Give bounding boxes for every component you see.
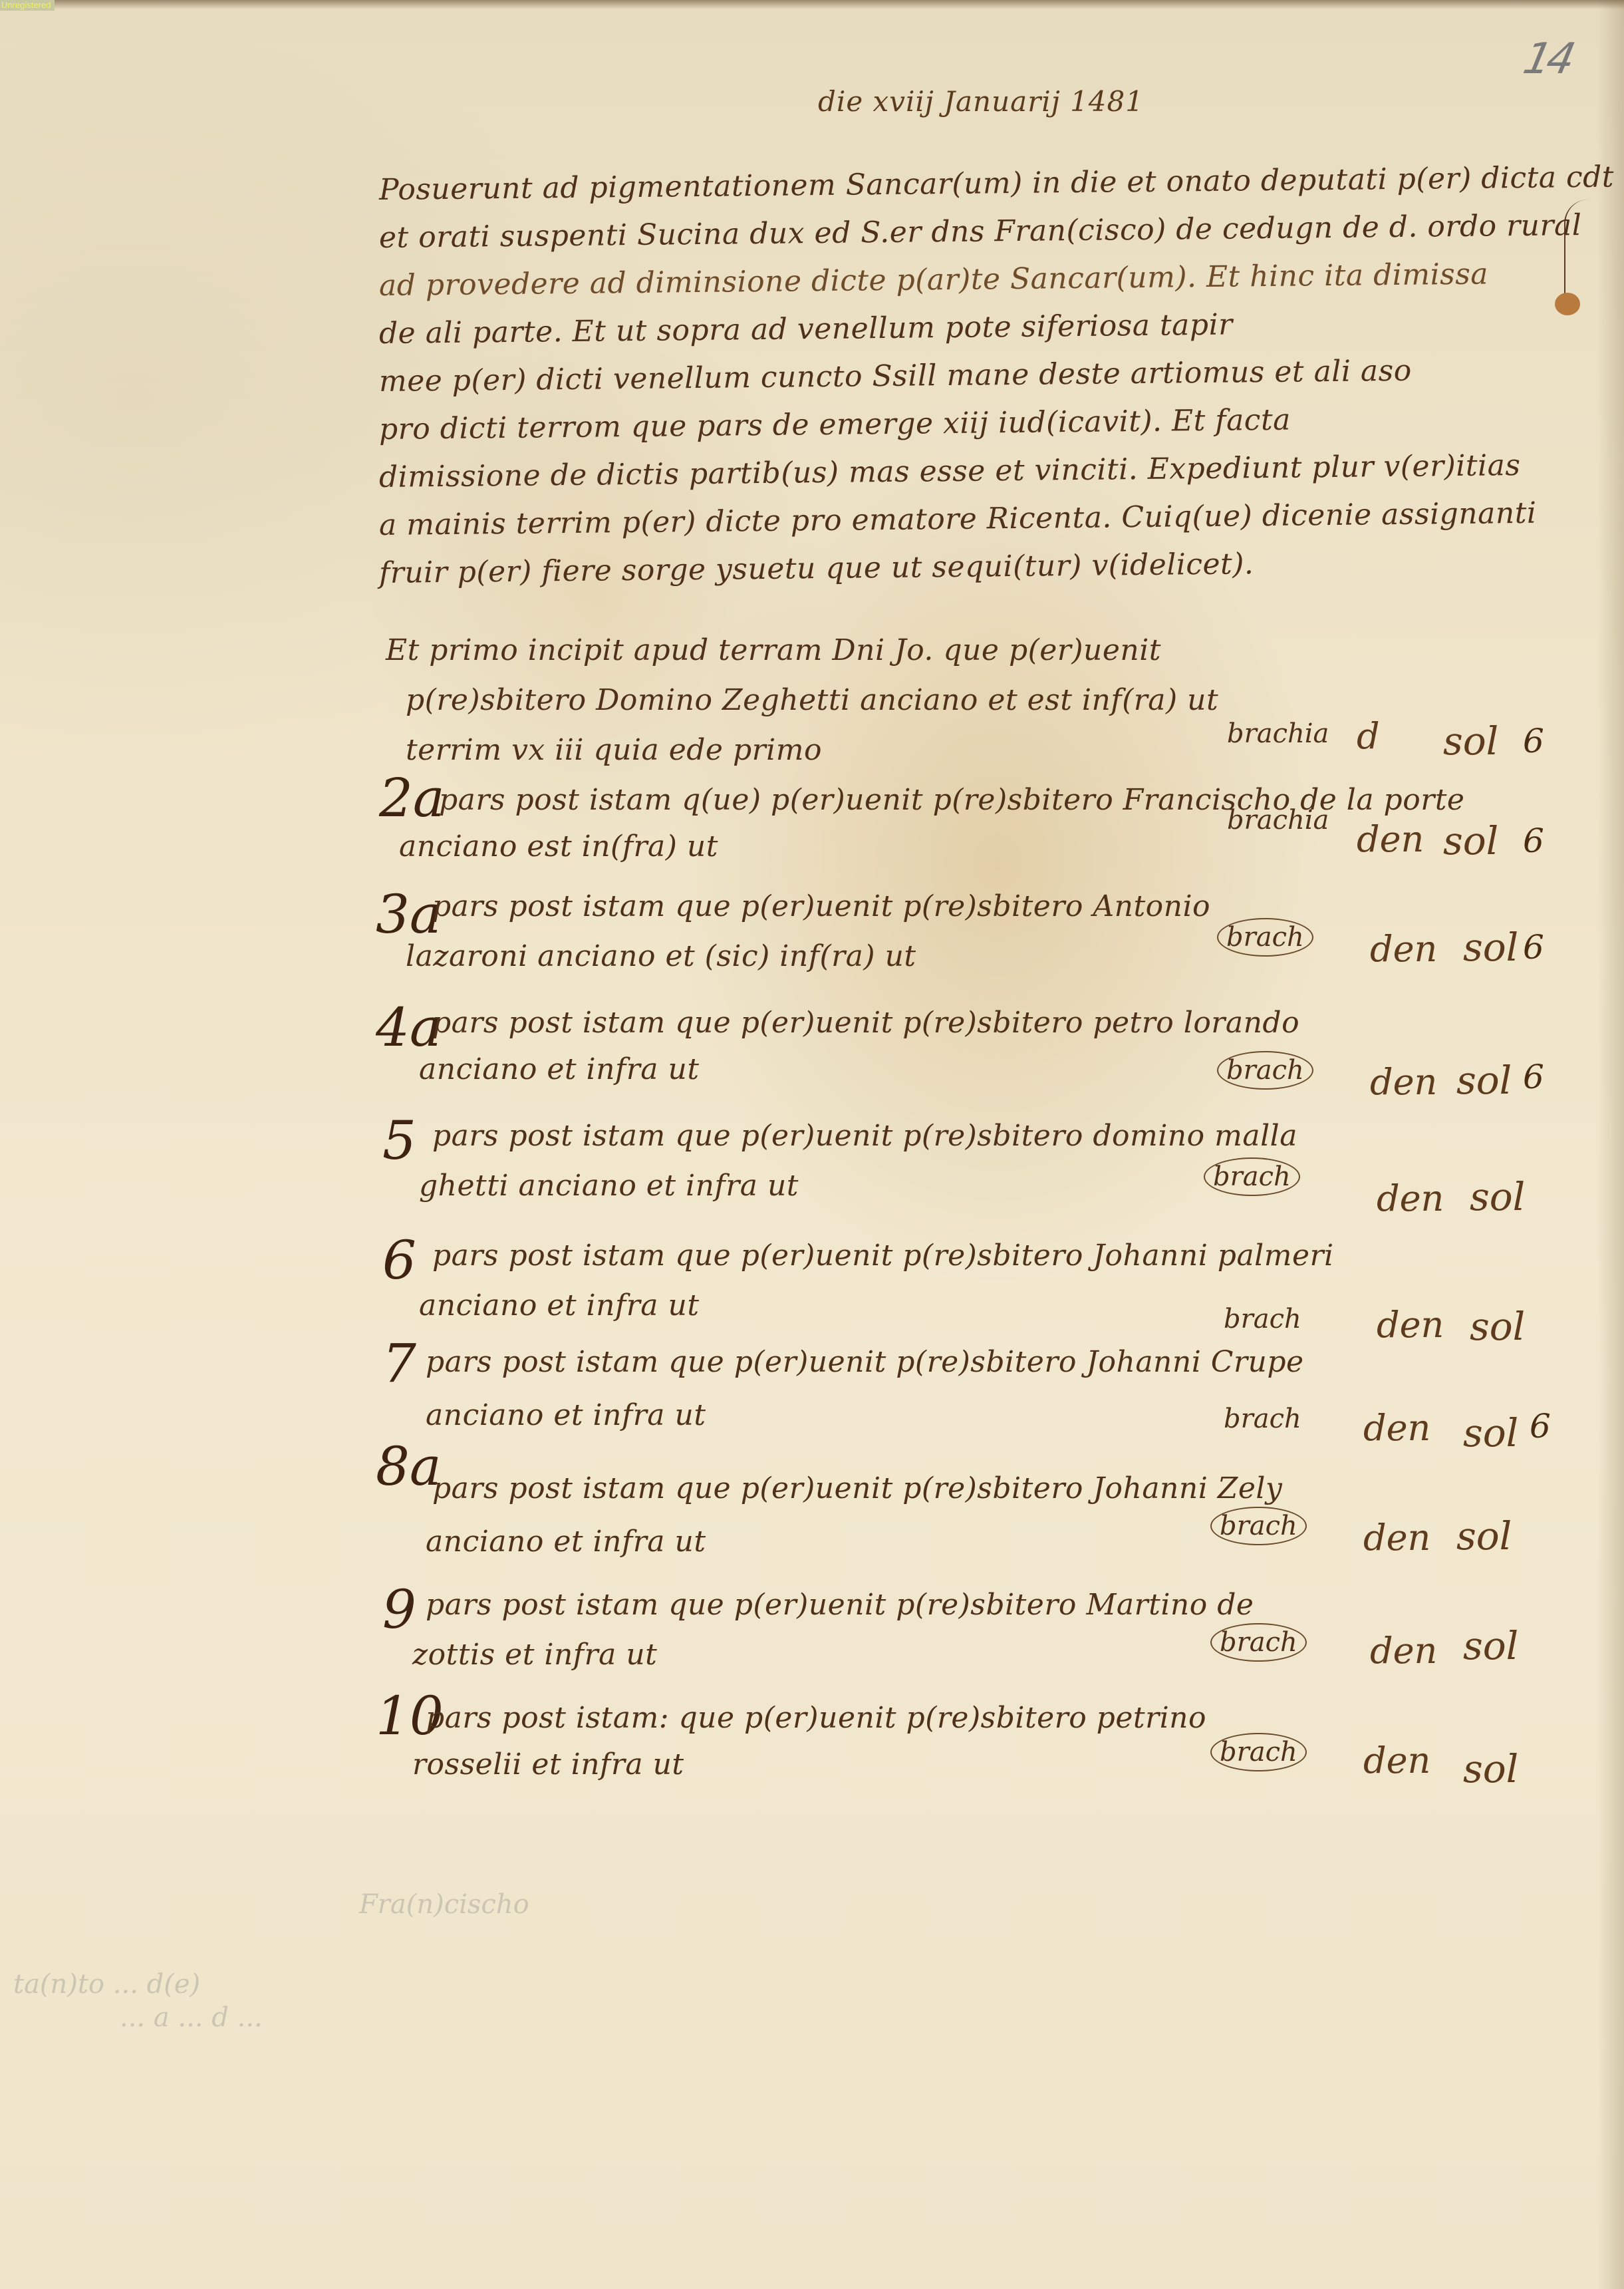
intro-paragraph: Posuerunt ad pigmentationem Sancar(um) i… (379, 166, 1536, 597)
entry-line: pars post istam: que p(er)uenit p(re)sbi… (426, 1700, 1206, 1737)
solidi-unit: sol (1463, 1410, 1518, 1455)
denarii-unit: den (1363, 1517, 1430, 1559)
entry-number: 9 (382, 1583, 416, 1636)
brachia-unit: brach (1224, 1304, 1301, 1334)
denarii-unit: den (1370, 1061, 1437, 1103)
brachia-unit: brach (1210, 1733, 1307, 1771)
page-right-edge (1597, 0, 1624, 2289)
solidi-unit: sol (1470, 1304, 1525, 1349)
folio-number: 14 (1519, 35, 1575, 84)
bleed-through-text: ... a ... d ... (120, 2002, 263, 2033)
entry-line: anciano est in(fra) ut (399, 828, 718, 865)
denarii-unit: den (1363, 1740, 1430, 1781)
entry-line: pars post istam que p(er)uenit p(re)sbit… (432, 1237, 1334, 1275)
denarii-unit: den (1357, 818, 1424, 860)
solidi-unit: sol (1463, 1623, 1518, 1668)
entry-line: Et primo incipit apud terram Dni Jo. que… (386, 632, 1161, 669)
entry-line: p(re)sbitero Domino Zeghetti anciano et … (406, 682, 1218, 719)
unregistered-watermark: Unregistered (0, 0, 55, 11)
brachia-unit: brach (1210, 1623, 1307, 1662)
entry-line: pars post istam que p(er)uenit p(re)sbit… (426, 1587, 1254, 1624)
entry-line: pars post istam que p(er)uenit p(re)sbit… (432, 1118, 1297, 1155)
denarii-unit: den (1377, 1304, 1444, 1346)
entry-line: rosselii et infra ut (412, 1746, 684, 1783)
entry-line: pars post istam que p(er)uenit p(re)sbit… (432, 888, 1210, 925)
entry-line: pars post istam que p(er)uenit p(re)sbit… (432, 1004, 1299, 1042)
amount-value: 6 (1530, 1407, 1551, 1446)
amount-value: 6 (1523, 1058, 1544, 1096)
bleed-through-text: ta(n)to ... d(e) (13, 1969, 200, 2000)
entry-number: 2a (379, 772, 445, 825)
brachia-unit: brach (1210, 1507, 1307, 1545)
entry-line: anciano et infra ut (426, 1397, 706, 1434)
brachia-unit: brach (1217, 918, 1313, 957)
solidi-unit: sol (1443, 718, 1498, 764)
brachia-unit: brach (1224, 1404, 1301, 1434)
entry-line: pars post istam que p(er)uenit p(re)sbit… (432, 1470, 1282, 1507)
entry-line: terrim vx iii quia ede primo (406, 732, 822, 769)
entry-number: 6 (382, 1234, 416, 1287)
brachia-unit: brachia (1227, 718, 1329, 749)
amount-value: 6 (1523, 822, 1544, 860)
denarii-unit: d (1357, 715, 1380, 757)
entry-line: ghetti anciano et infra ut (419, 1167, 799, 1205)
entry-number: 8a (376, 1440, 442, 1493)
solidi-unit: sol (1456, 1513, 1512, 1559)
solidi-unit: sol (1463, 925, 1518, 970)
solidi-unit: sol (1456, 1058, 1512, 1103)
solidi-unit: sol (1470, 1174, 1525, 1219)
entry-line: anciano et infra ut (419, 1051, 700, 1088)
entry-line: zottis et infra ut (412, 1636, 657, 1674)
bleed-through-text: Fra(n)cischo (359, 1889, 529, 1920)
brachia-unit: brach (1217, 1051, 1313, 1090)
entry-line: lazaroni anciano et (sic) inf(ra) ut (406, 938, 916, 975)
brachia-unit: brach (1204, 1157, 1300, 1196)
entry-line: anciano et infra ut (426, 1523, 706, 1561)
amount-value: 6 (1523, 722, 1544, 760)
denarii-unit: den (1377, 1177, 1444, 1219)
page-top-edge (0, 0, 1624, 9)
denarii-unit: den (1370, 1630, 1437, 1672)
entry-number: 7 (382, 1337, 416, 1390)
denarii-unit: den (1370, 928, 1437, 970)
solidi-unit: sol (1463, 1746, 1518, 1791)
entry-number: 4a (376, 1001, 442, 1054)
amount-value: 6 (1523, 928, 1544, 967)
entry-line: pars post istam que p(er)uenit p(re)sbit… (426, 1344, 1304, 1381)
date-heading: die xviij Januarij 1481 (818, 85, 1144, 118)
denarii-unit: den (1363, 1407, 1430, 1449)
entry-number: 3a (376, 888, 442, 941)
brachia-unit: brachia (1227, 805, 1329, 836)
entry-line: anciano et infra ut (419, 1287, 700, 1324)
solidi-unit: sol (1443, 818, 1498, 863)
entry-number: 5 (382, 1114, 416, 1167)
